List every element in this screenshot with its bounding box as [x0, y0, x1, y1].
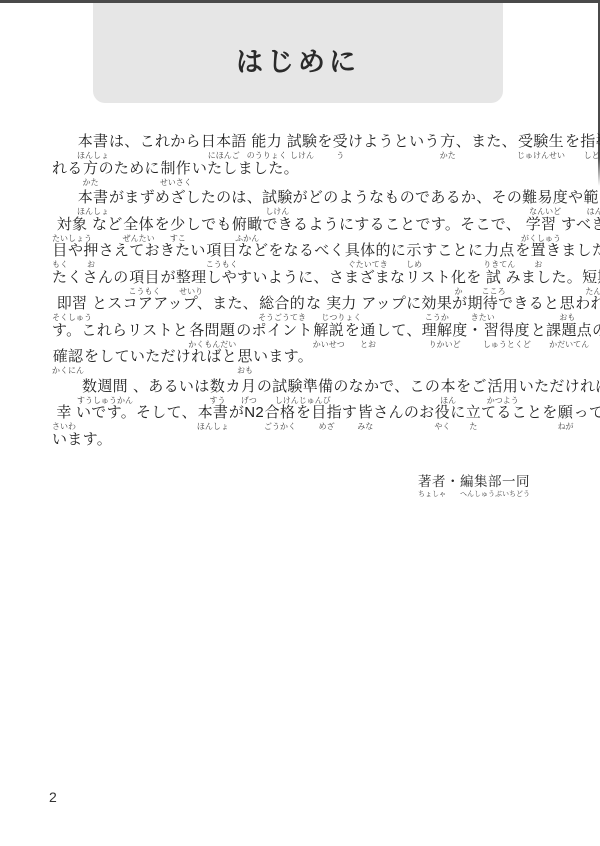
- text-line: 対象たいしょうなど全体ぜんたいを少すこしでも俯瞰ふかんできるようにすることです。…: [52, 216, 558, 243]
- paragraph: 本書ほんしょは、これから日本語にほんご能力のうりょく試験しけんを受うけようという…: [52, 133, 558, 186]
- furigana: かた: [440, 152, 456, 160]
- chapter-header-box: はじめに: [93, 3, 503, 103]
- base-text: れる: [52, 160, 83, 178]
- text-token: ・: [468, 322, 483, 340]
- paragraph: 本書ほんしょがまずめざしたのは、試験しけんがどのようなものであるか、その難易度な…: [52, 189, 558, 375]
- base-text: 習得度: [484, 322, 530, 340]
- text-token: すことに: [422, 242, 483, 260]
- ruby-token: 具体的ぐたいてき: [345, 242, 391, 269]
- text-line: 確認かくにんをしていただければと思おもいます。: [52, 348, 558, 375]
- ruby-token: 俯瞰ふかん: [232, 216, 263, 243]
- ruby-token: 合格ごうかく: [264, 404, 296, 431]
- text-line: たくさんの項目こうもくが整理せいりしやすいように、さまざまなリスト化かを試こころ…: [52, 269, 558, 296]
- text-token: れる: [52, 160, 83, 178]
- base-text: 各問題: [189, 322, 235, 340]
- base-text: のなかで、この: [333, 378, 440, 396]
- ruby-token: 習得度しゅうとくど: [483, 322, 531, 349]
- ruby-token: 学習がくしゅう: [521, 216, 561, 243]
- ruby-token: 本書ほんしょ: [77, 189, 109, 216]
- base-text: がどのようなものであるか、その: [293, 189, 523, 207]
- base-text: の: [257, 378, 272, 396]
- ruby-token: 全体ぜんたい: [123, 216, 155, 243]
- base-text: 押: [83, 242, 98, 260]
- base-text: 実力: [326, 295, 357, 313]
- base-text: 、あるいは: [133, 378, 210, 396]
- text-token: って: [574, 404, 600, 422]
- text-token: を: [345, 322, 360, 340]
- text-token: がまずめざしたのは、: [109, 189, 262, 207]
- text-token: きました。: [546, 242, 600, 260]
- page-title: はじめに: [236, 28, 360, 79]
- text-token: して、: [376, 322, 422, 340]
- base-text: の: [592, 322, 600, 340]
- base-text: して、: [376, 322, 422, 340]
- ruby-token: 方かた: [83, 160, 99, 187]
- ruby-token: 試験しけん: [262, 189, 293, 216]
- text-token: が: [452, 295, 467, 313]
- ruby-token: 少すこ: [170, 216, 186, 243]
- text-line: 本書ほんしょがまずめざしたのは、試験しけんがどのようなものであるか、その難易度な…: [52, 189, 558, 216]
- base-text: 幸: [56, 404, 71, 422]
- base-text: 通: [360, 322, 375, 340]
- text-token: います。: [52, 431, 112, 449]
- text-token: がどのようなものであるか、その: [293, 189, 523, 207]
- base-text: を: [155, 216, 170, 234]
- base-text: な: [306, 295, 321, 313]
- text-token: いです。そして、: [76, 404, 197, 422]
- ruby-token: 課題点かだいてん: [546, 322, 592, 349]
- base-text: 期待: [467, 295, 498, 313]
- furigana: しゅうとくど: [483, 341, 531, 349]
- ruby-token: 化か: [451, 269, 466, 296]
- ruby-token: 効果こうか: [422, 295, 453, 322]
- base-text: 指導: [580, 133, 600, 151]
- text-token: を: [155, 216, 170, 234]
- base-text: 少: [170, 216, 185, 234]
- base-text: 総合的: [259, 295, 305, 313]
- base-text: が: [452, 295, 467, 313]
- text-token: をご: [456, 378, 487, 396]
- base-text: 具体的: [345, 242, 391, 260]
- base-text: に: [450, 404, 465, 422]
- base-text: 範囲: [583, 189, 600, 207]
- text-line: 即習そくしゅうとスコアアップ、また、総合的そうごうてきな実力じつりょくアップに効…: [52, 295, 558, 322]
- furigana: みな: [357, 423, 373, 431]
- furigana: めざ: [319, 423, 335, 431]
- base-text: 試験: [262, 189, 293, 207]
- text-line: れる方かたのために制作せいさくいたしました。: [52, 160, 558, 187]
- furigana: おも: [237, 367, 253, 375]
- text-token: アップに: [361, 295, 421, 313]
- base-text: 思: [237, 348, 252, 366]
- base-text: 項目: [129, 269, 160, 287]
- ruby-token: 一同いちどう: [502, 473, 530, 498]
- text-token: カ: [226, 378, 241, 396]
- text-token: に: [391, 242, 406, 260]
- furigana: ねが: [558, 423, 574, 431]
- ruby-token: 即習そくしゅう: [52, 295, 92, 322]
- base-text: 本書: [78, 133, 109, 151]
- base-text: 日本語: [201, 133, 247, 151]
- base-text: を: [345, 322, 360, 340]
- text-token: は、これから: [109, 133, 201, 151]
- ruby-token: 活用かつよう: [487, 378, 519, 405]
- base-text: 合格: [265, 404, 296, 422]
- ruby-token: 本書ほんしょ: [77, 133, 109, 160]
- furigana: やく: [434, 423, 450, 431]
- base-text: 俯瞰: [232, 216, 263, 234]
- book-page: { "header": { "title": "はじめに" }, "conten…: [0, 0, 600, 846]
- ruby-token: 試験準備しけんじゅんび: [272, 378, 333, 405]
- text-token: けようという: [348, 133, 440, 151]
- base-text: 月: [241, 378, 256, 396]
- ruby-token: 解説かいせつ: [313, 322, 345, 349]
- text-token: のために: [99, 160, 160, 178]
- text-token: 、また、: [456, 133, 517, 151]
- text-token: すべき: [561, 216, 600, 234]
- ruby-token: 確認かくにん: [52, 348, 84, 375]
- base-text: 目指: [311, 404, 342, 422]
- text-token: や: [568, 189, 583, 207]
- text-line: 目もくや押おさえておきたい項目こうもくなどをなるべく具体的ぐたいてきに示しめすこ…: [52, 242, 558, 269]
- text-token: できると: [498, 295, 559, 313]
- base-text: や: [568, 189, 583, 207]
- base-text: 受験生: [518, 133, 564, 151]
- text-token: できるようにすることです。そこで、: [262, 216, 521, 234]
- base-text: 目: [52, 242, 67, 260]
- paragraphs: 本書ほんしょは、これから日本語にほんご能力のうりょく試験しけんを受うけようという…: [52, 133, 558, 457]
- base-text: ・: [446, 473, 460, 490]
- base-text: 方: [440, 133, 455, 151]
- base-text: いです。そして、: [76, 404, 197, 422]
- ruby-token: 試こころ: [482, 269, 506, 296]
- base-text: す: [342, 404, 357, 422]
- base-text: とスコアアップ、また、: [92, 295, 258, 313]
- base-text: みました。: [506, 269, 583, 287]
- base-text: 試: [486, 269, 501, 287]
- base-text: に: [391, 242, 406, 260]
- furigana: しどう: [584, 152, 600, 160]
- base-text: 試験準備: [272, 378, 333, 396]
- text-token: みました。: [506, 269, 583, 287]
- base-text: のために: [99, 160, 160, 178]
- base-text: 皆: [358, 404, 373, 422]
- text-token: のなかで、この: [333, 378, 440, 396]
- base-text: がN2: [229, 404, 264, 422]
- base-text: 数: [210, 378, 225, 396]
- furigana: いちどう: [502, 491, 530, 498]
- base-text: すべき: [561, 216, 600, 234]
- signature-line: 著者ちょしゃ・編集部へんしゅうぶ一同いちどう: [52, 473, 558, 498]
- text-token: を: [515, 242, 530, 260]
- base-text: できるようにすることです。そこで、: [262, 216, 521, 234]
- furigana: う: [336, 152, 344, 160]
- base-text: できると: [498, 295, 559, 313]
- text-token: しやすいように、さまざまなリスト: [206, 269, 451, 287]
- ruby-token: 難易度なんいど: [522, 189, 568, 216]
- ruby-token: 思おも: [559, 295, 575, 322]
- text-token: のポイント: [236, 322, 313, 340]
- base-text: けようという: [348, 133, 440, 151]
- ruby-token: 項目こうもく: [206, 242, 238, 269]
- ruby-token: 本ほん: [440, 378, 456, 405]
- ruby-token: 押お: [83, 242, 98, 269]
- ruby-token: 方かた: [440, 133, 456, 160]
- base-text: を: [317, 133, 332, 151]
- text-token: と: [531, 322, 546, 340]
- base-text: 本書: [78, 189, 109, 207]
- ruby-token: 試験しけん: [287, 133, 318, 160]
- text-token: を: [466, 269, 481, 287]
- base-text: 課題点: [546, 322, 592, 340]
- base-text: を: [296, 404, 311, 422]
- base-text: 受: [333, 133, 348, 151]
- ruby-token: 理解度りかいど: [422, 322, 468, 349]
- base-text: 解説: [313, 322, 344, 340]
- base-text: をご: [456, 378, 487, 396]
- text-token: がN2: [229, 404, 264, 422]
- base-text: さえておきたい: [99, 242, 206, 260]
- ruby-token: 範囲はんい: [583, 189, 600, 216]
- furigana: ちょしゃ: [418, 491, 446, 498]
- ruby-token: 数すう: [210, 378, 226, 405]
- base-text: は、これから: [109, 133, 201, 151]
- base-text: を: [466, 269, 481, 287]
- base-text: 即習: [57, 295, 88, 313]
- base-text: 対象: [57, 216, 88, 234]
- base-text: われま: [575, 295, 600, 313]
- text-token: を: [296, 404, 311, 422]
- ruby-token: 編集部へんしゅうぶ: [460, 473, 502, 498]
- ruby-token: 期待きたい: [467, 295, 498, 322]
- text-token: を: [565, 133, 580, 151]
- ruby-token: 各問題かくもんだい: [188, 322, 236, 349]
- base-text: たくさんの: [52, 269, 129, 287]
- base-text: 学習: [526, 216, 557, 234]
- base-text: 試験: [287, 133, 318, 151]
- ruby-token: 思おも: [237, 348, 253, 375]
- base-text: をしていただければと: [84, 348, 237, 366]
- base-text: を: [515, 242, 530, 260]
- ruby-token: 立た: [466, 404, 481, 431]
- base-text: 示: [406, 242, 421, 260]
- ruby-token: 皆みな: [357, 404, 373, 431]
- text-token: さんのお: [373, 404, 434, 422]
- base-text: 方: [83, 160, 98, 178]
- base-text: 願: [558, 404, 573, 422]
- text-token: の: [257, 378, 272, 396]
- furigana: ほんしょ: [197, 423, 229, 431]
- base-text: を: [565, 133, 580, 151]
- base-text: いたしました。: [192, 160, 299, 178]
- base-text: います。: [52, 431, 112, 449]
- text-line: います。: [52, 431, 558, 458]
- base-text: 制作: [161, 160, 192, 178]
- base-text: 活用: [487, 378, 518, 396]
- base-text: きました。: [546, 242, 600, 260]
- text-token: す。これらリストと: [52, 322, 188, 340]
- text-token: の: [592, 322, 600, 340]
- text-token: に: [450, 404, 465, 422]
- base-text: います。: [253, 348, 313, 366]
- ruby-token: 受う: [333, 133, 348, 160]
- ruby-token: 力点りきてん: [483, 242, 515, 269]
- base-text: って: [574, 404, 600, 422]
- text-token: な: [306, 295, 321, 313]
- base-text: 化: [451, 269, 466, 287]
- base-text: しでも: [186, 216, 232, 234]
- text-token: いたしました。: [192, 160, 299, 178]
- furigana: とお: [360, 341, 376, 349]
- ruby-token: 本書ほんしょ: [197, 404, 229, 431]
- base-text: 短期: [582, 269, 600, 287]
- ruby-token: 数週間すうしゅうかん: [77, 378, 133, 405]
- base-text: 理解度: [422, 322, 468, 340]
- base-text: 項目: [206, 242, 237, 260]
- base-text: 置: [531, 242, 546, 260]
- base-text: 能力: [251, 133, 282, 151]
- text-token: とスコアアップ、また、: [92, 295, 258, 313]
- text-token: など: [92, 216, 123, 234]
- body-text: 本書ほんしょは、これから日本語にほんご能力のうりょく試験しけんを受うけようという…: [52, 133, 558, 498]
- ruby-token: 指導しどう: [580, 133, 600, 160]
- ruby-token: 制作せいさく: [160, 160, 192, 187]
- furigana: かだいてん: [549, 341, 589, 349]
- text-token: が: [161, 269, 176, 287]
- base-text: と: [531, 322, 546, 340]
- ruby-token: 願ねが: [558, 404, 574, 431]
- ruby-token: 著者ちょしゃ: [418, 473, 446, 498]
- ruby-token: 整理せいり: [176, 269, 207, 296]
- base-text: 、また、: [456, 133, 517, 151]
- base-text: が: [161, 269, 176, 287]
- ruby-token: 項目こうもく: [129, 269, 161, 296]
- text-token: てることを: [481, 404, 558, 422]
- text-token: す: [342, 404, 357, 422]
- ruby-token: 能力のうりょく: [247, 133, 287, 160]
- text-line: す。これらリストと各問題かくもんだいのポイント解説かいせつを通とおして、理解度り…: [52, 322, 558, 349]
- ruby-token: 総合的そうごうてき: [258, 295, 306, 322]
- base-text: 整理: [176, 269, 207, 287]
- text-token: いただければ: [519, 378, 600, 396]
- base-text: 本: [441, 378, 456, 396]
- base-text: カ: [226, 378, 241, 396]
- ruby-token: 受験生じゅけんせい: [517, 133, 565, 160]
- furigana: へんしゅうぶ: [460, 491, 502, 498]
- text-token: をしていただければと: [84, 348, 237, 366]
- ruby-token: 示しめ: [406, 242, 422, 269]
- furigana: かいせつ: [313, 341, 345, 349]
- text-token: や: [68, 242, 83, 260]
- ruby-token: 通とお: [360, 322, 376, 349]
- base-text: す。これらリストと: [52, 322, 188, 340]
- base-text: などをなるべく: [238, 242, 345, 260]
- base-text: 難易度: [522, 189, 568, 207]
- base-text: てることを: [481, 404, 558, 422]
- base-text: 役: [435, 404, 450, 422]
- base-text: 思: [560, 295, 575, 313]
- text-token: などをなるべく: [238, 242, 345, 260]
- ruby-token: 短期たんき: [582, 269, 600, 296]
- ruby-token: 実力じつりょく: [321, 295, 361, 322]
- base-text: 数週間: [82, 378, 128, 396]
- base-text: 全体: [123, 216, 154, 234]
- text-token: ・: [446, 473, 460, 490]
- base-text: ・: [468, 322, 483, 340]
- text-line: 数週間すうしゅうかん、あるいは数すうカ月げつの試験準備しけんじゅんびのなかで、こ…: [52, 378, 558, 405]
- text-token: しでも: [186, 216, 232, 234]
- ruby-token: 置お: [531, 242, 546, 269]
- text-token: を: [317, 133, 332, 151]
- base-text: しやすいように、さまざまなリスト: [206, 269, 451, 287]
- ruby-token: 目指めざ: [311, 404, 342, 431]
- furigana: た: [469, 423, 477, 431]
- base-text: や: [68, 242, 83, 260]
- base-text: すことに: [422, 242, 483, 260]
- base-text: 編集部: [460, 473, 502, 490]
- base-text: 立: [466, 404, 481, 422]
- text-token: います。: [253, 348, 313, 366]
- furigana: りかいど: [429, 341, 461, 349]
- furigana: かた: [83, 179, 99, 187]
- ruby-token: 月げつ: [241, 378, 257, 405]
- base-text: がまずめざしたのは、: [109, 189, 262, 207]
- text-token: さえておきたい: [99, 242, 206, 260]
- base-text: 一同: [502, 473, 530, 490]
- furigana: せいさく: [160, 179, 192, 187]
- base-text: さんのお: [373, 404, 434, 422]
- text-line: 幸さいわいです。そして、本書ほんしょがN2合格ごうかくを目指めざす皆みなさんのお…: [52, 404, 558, 431]
- base-text: のポイント: [236, 322, 313, 340]
- base-text: 著者: [418, 473, 446, 490]
- text-token: たくさんの: [52, 269, 129, 287]
- base-text: 本書: [198, 404, 229, 422]
- ruby-token: 役やく: [434, 404, 450, 431]
- base-text: いただければ: [519, 378, 600, 396]
- base-text: アップに: [361, 295, 421, 313]
- ruby-token: 幸さいわ: [52, 404, 76, 431]
- text-token: われま: [575, 295, 600, 313]
- furigana: ごうかく: [264, 423, 296, 431]
- furigana: じゅけんせい: [517, 152, 565, 160]
- base-text: など: [92, 216, 123, 234]
- base-text: 確認: [53, 348, 84, 366]
- base-text: 効果: [422, 295, 453, 313]
- text-line: 本書ほんしょは、これから日本語にほんご能力のうりょく試験しけんを受うけようという…: [52, 133, 558, 160]
- page-number: 2: [49, 789, 57, 805]
- base-text: 力点: [484, 242, 515, 260]
- ruby-token: 日本語にほんご: [201, 133, 247, 160]
- furigana: かくにん: [52, 367, 84, 375]
- text-token: 、あるいは: [133, 378, 210, 396]
- paragraph: 数週間すうしゅうかん、あるいは数すうカ月げつの試験準備しけんじゅんびのなかで、こ…: [52, 378, 558, 458]
- ruby-token: 対象たいしょう: [52, 216, 92, 243]
- ruby-token: 目もく: [52, 242, 68, 269]
